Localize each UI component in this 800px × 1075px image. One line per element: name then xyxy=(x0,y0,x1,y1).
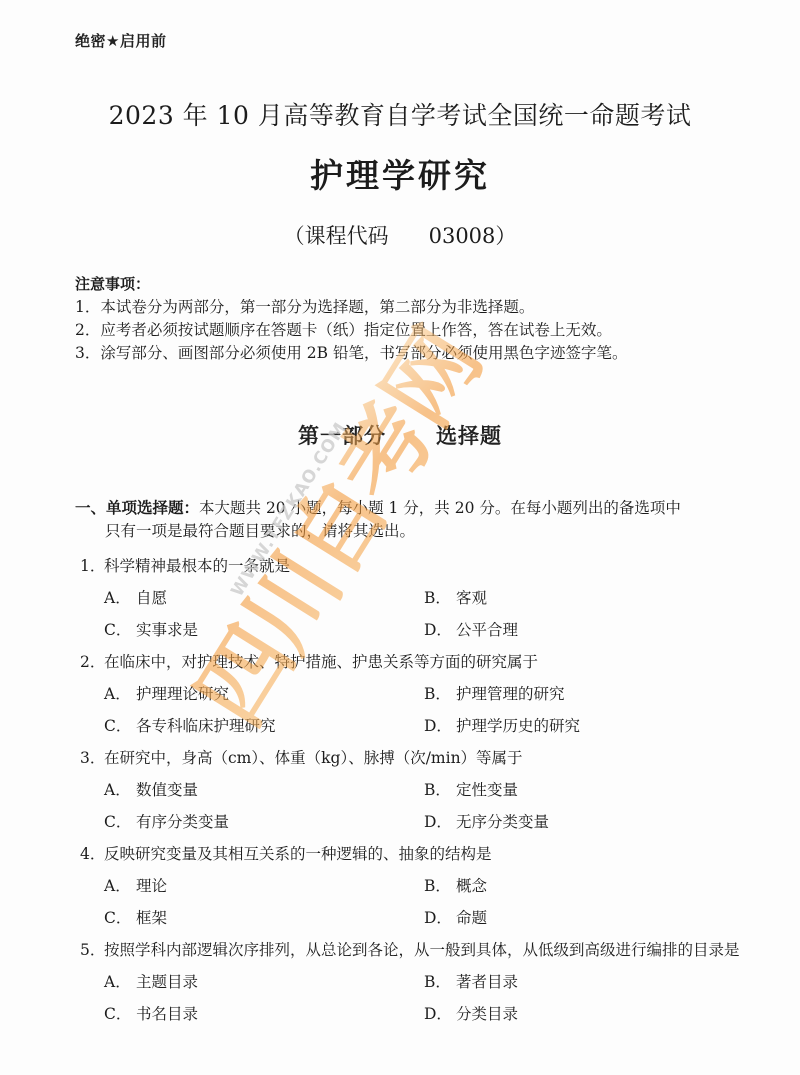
question-stem: 按照学科内部逻辑次序排列，从总论到各论，从一般到具体，从低级到高级进行编排的目录… xyxy=(104,934,760,966)
option-d: D．护理学历史的研究 xyxy=(424,710,744,742)
course-code: （课程代码03008） xyxy=(0,220,800,250)
subject-title: 护理学研究 xyxy=(0,150,800,197)
note-item: 2．应考者必须按试题顺序在答题卡（纸）指定位置上作答，答在试卷上无效。 xyxy=(75,319,765,342)
question-stem: 在临床中，对护理技术、特护措施、护患关系等方面的研究属于 xyxy=(104,646,760,678)
option-c: C．有序分类变量 xyxy=(104,806,424,838)
question-number: 1． xyxy=(80,550,104,582)
option-b: B．定性变量 xyxy=(424,774,744,806)
question-3: 3．在研究中，身高（cm）、体重（kg）、脉搏（次/min）等属于 A．数值变量… xyxy=(80,742,760,838)
instructions-heading: 一、单项选择题： xyxy=(75,499,199,517)
option-c: C．框架 xyxy=(104,902,424,934)
question-number: 3． xyxy=(80,742,104,774)
option-c: C．各专科临床护理研究 xyxy=(104,710,424,742)
question-instructions: 一、单项选择题：本大题共 20 小题，每小题 1 分，共 20 分。在每小题列出… xyxy=(75,497,765,543)
option-a: A．理论 xyxy=(104,870,424,902)
option-a: A．自愿 xyxy=(104,582,424,614)
note-item: 3．涂写部分、画图部分必须使用 2B 铅笔，书写部分必须使用黑色字迹签字笔。 xyxy=(75,342,765,365)
course-code-label: （课程代码 xyxy=(284,224,389,248)
option-a: A．护理理论研究 xyxy=(104,678,424,710)
option-d: D．公平合理 xyxy=(424,614,744,646)
option-c: C．实事求是 xyxy=(104,614,424,646)
instructions-text-line2: 只有一项是最符合题目要求的，请将其选出。 xyxy=(75,520,765,543)
note-item: 1．本试卷分为两部分，第一部分为选择题，第二部分为非选择题。 xyxy=(75,296,765,319)
question-stem: 在研究中，身高（cm）、体重（kg）、脉搏（次/min）等属于 xyxy=(104,742,760,774)
section-title: 第一部分选择题 xyxy=(0,420,800,450)
instructions-text: 本大题共 20 小题，每小题 1 分，共 20 分。在每小题列出的备选项中 xyxy=(199,499,681,517)
option-b: B．概念 xyxy=(424,870,744,902)
question-4: 4．反映研究变量及其相互关系的一种逻辑的、抽象的结构是 A．理论 B．概念 C．… xyxy=(80,838,760,934)
question-stem: 反映研究变量及其相互关系的一种逻辑的、抽象的结构是 xyxy=(104,838,760,870)
option-a: A．数值变量 xyxy=(104,774,424,806)
option-d: D．分类目录 xyxy=(424,998,744,1030)
confidential-label: 绝密★启用前 xyxy=(75,30,166,51)
question-number: 5． xyxy=(80,934,104,966)
question-number: 2． xyxy=(80,646,104,678)
option-b: B．著者目录 xyxy=(424,966,744,998)
option-b: B．护理管理的研究 xyxy=(424,678,744,710)
option-b: B．客观 xyxy=(424,582,744,614)
section-part: 第一部分 xyxy=(298,424,386,448)
option-a: A．主题目录 xyxy=(104,966,424,998)
option-c: C．书名目录 xyxy=(104,998,424,1030)
question-number: 4． xyxy=(80,838,104,870)
exam-title: 2023 年 10 月高等教育自学考试全国统一命题考试 xyxy=(0,96,800,132)
question-list: 1．科学精神最根本的一条就是 A．自愿 B．客观 C．实事求是 D．公平合理 2… xyxy=(80,550,760,1030)
question-2: 2．在临床中，对护理技术、特护措施、护患关系等方面的研究属于 A．护理理论研究 … xyxy=(80,646,760,742)
course-code-value: 03008） xyxy=(429,224,517,248)
question-5: 5．按照学科内部逻辑次序排列，从总论到各论，从一般到具体，从低级到高级进行编排的… xyxy=(80,934,760,1030)
notes-title: 注意事项： xyxy=(75,273,765,296)
option-d: D．无序分类变量 xyxy=(424,806,744,838)
notes-section: 注意事项： 1．本试卷分为两部分，第一部分为选择题，第二部分为非选择题。 2．应… xyxy=(75,273,765,365)
exam-page: 绝密★启用前 2023 年 10 月高等教育自学考试全国统一命题考试 护理学研究… xyxy=(0,0,800,1075)
question-1: 1．科学精神最根本的一条就是 A．自愿 B．客观 C．实事求是 D．公平合理 xyxy=(80,550,760,646)
question-stem: 科学精神最根本的一条就是 xyxy=(104,550,760,582)
section-name: 选择题 xyxy=(436,424,502,448)
option-d: D．命题 xyxy=(424,902,744,934)
